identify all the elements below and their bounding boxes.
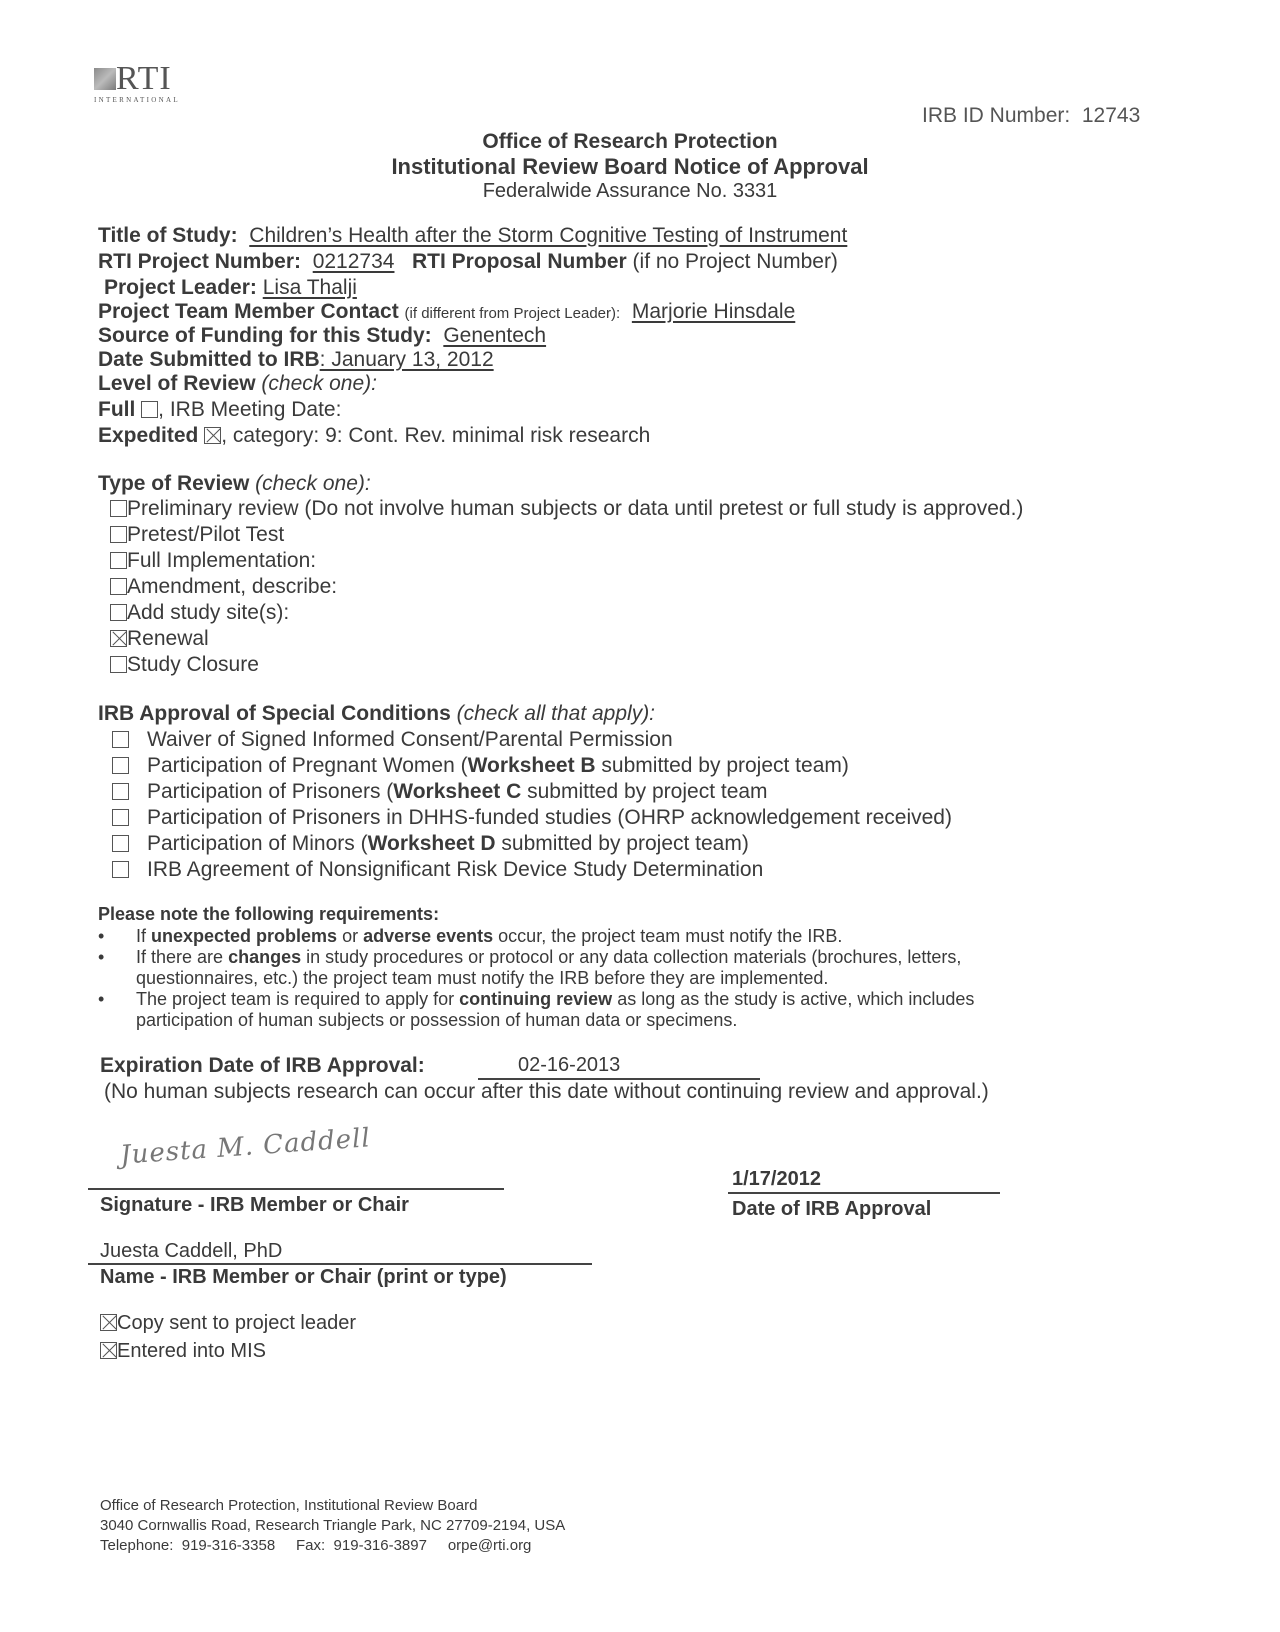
- project-leader-value: Lisa Thalji: [263, 276, 357, 299]
- review-type-checkbox[interactable]: [110, 552, 127, 569]
- rti-logo: RTI INTERNATIONAL: [94, 64, 180, 104]
- project-number-row: RTI Project Number: 0212734 RTI Proposal…: [98, 250, 838, 274]
- rti-swirl-icon: [94, 68, 116, 90]
- assurance-number: Federalwide Assurance No. 3331: [0, 180, 1260, 203]
- level-full-row: Full , IRB Meeting Date:: [98, 398, 341, 422]
- project-leader-row: Project Leader: Lisa Thalji: [104, 276, 357, 300]
- review-type-option[interactable]: Study Closure: [110, 653, 1023, 679]
- requirement-item: •If unexpected problems or adverse event…: [98, 926, 974, 947]
- review-type-option[interactable]: Full Implementation:: [110, 549, 1023, 575]
- special-condition-checkbox[interactable]: [112, 809, 129, 826]
- approval-date-label: Date of IRB Approval: [732, 1198, 931, 1221]
- chair-name-label: Name - IRB Member or Chair (print or typ…: [100, 1266, 507, 1289]
- expiration-date-value: 02-16-2013: [518, 1054, 620, 1077]
- special-condition-option[interactable]: Participation of Minors (Worksheet D sub…: [112, 832, 952, 858]
- team-contact-row: Project Team Member Contact (if differen…: [98, 300, 795, 324]
- admin-checklist: Copy sent to project leaderEntered into …: [100, 1312, 356, 1368]
- project-number-value: 0212734: [313, 250, 395, 273]
- approval-date-value: 1/17/2012: [732, 1168, 821, 1191]
- team-contact-value: Marjorie Hinsdale: [632, 300, 795, 323]
- review-type-checkbox[interactable]: [110, 656, 127, 673]
- requirement-item: •If there are changes in study procedure…: [98, 947, 974, 989]
- special-condition-checkbox[interactable]: [112, 835, 129, 852]
- date-submitted-value: : January 13, 2012: [320, 348, 494, 371]
- signature-label: Signature - IRB Member or Chair: [100, 1194, 409, 1217]
- funding-row: Source of Funding for this Study: Genent…: [98, 324, 546, 348]
- funding-value: Genentech: [443, 324, 546, 347]
- study-title-row: Title of Study: Children’s Health after …: [98, 224, 847, 248]
- bullet-icon: •: [98, 926, 104, 947]
- requirements-heading: Please note the following requirements:: [98, 904, 439, 925]
- footer-email[interactable]: orpe@rti.org: [448, 1537, 532, 1554]
- admin-check-item[interactable]: Entered into MIS: [100, 1340, 356, 1368]
- review-type-checkbox[interactable]: [110, 630, 127, 647]
- footer-address: Office of Research Protection, Instituti…: [100, 1496, 565, 1556]
- review-type-option[interactable]: Preliminary review (Do not involve human…: [110, 497, 1023, 523]
- special-condition-option[interactable]: Participation of Prisoners (Worksheet C …: [112, 780, 952, 806]
- special-condition-checkbox[interactable]: [112, 783, 129, 800]
- special-conditions-heading: IRB Approval of Special Conditions (chec…: [98, 702, 655, 726]
- footer-phone: 919-316-3358: [182, 1537, 275, 1554]
- special-condition-checkbox[interactable]: [112, 757, 129, 774]
- type-of-review-list: Preliminary review (Do not involve human…: [110, 497, 1023, 679]
- review-type-option[interactable]: Renewal: [110, 627, 1023, 653]
- review-type-option[interactable]: Pretest/Pilot Test: [110, 523, 1023, 549]
- special-condition-checkbox[interactable]: [112, 861, 129, 878]
- requirements-list: •If unexpected problems or adverse event…: [98, 926, 974, 1031]
- admin-checkbox[interactable]: [100, 1342, 117, 1359]
- review-type-checkbox[interactable]: [110, 604, 127, 621]
- full-review-checkbox[interactable]: [141, 401, 158, 418]
- signature-handwriting: Juesta M. Caddell: [119, 1123, 371, 1170]
- level-of-review-heading: Level of Review (check one):: [98, 372, 377, 396]
- special-condition-option[interactable]: Waiver of Signed Informed Consent/Parent…: [112, 728, 952, 754]
- special-condition-checkbox[interactable]: [112, 731, 129, 748]
- admin-check-item[interactable]: Copy sent to project leader: [100, 1312, 356, 1340]
- special-condition-option[interactable]: Participation of Pregnant Women (Workshe…: [112, 754, 952, 780]
- bullet-icon: •: [98, 947, 104, 968]
- expedited-review-checkbox[interactable]: [204, 427, 221, 444]
- notice-title: Institutional Review Board Notice of App…: [0, 154, 1260, 180]
- date-submitted-row: Date Submitted to IRB: January 13, 2012: [98, 348, 494, 372]
- review-type-option[interactable]: Amendment, describe:: [110, 575, 1023, 601]
- special-condition-option[interactable]: IRB Agreement of Nonsignificant Risk Dev…: [112, 858, 952, 884]
- special-conditions-list: Waiver of Signed Informed Consent/Parent…: [112, 728, 952, 884]
- study-title-value: Children’s Health after the Storm Cognit…: [249, 224, 847, 247]
- level-expedited-row: Expedited , category: 9: Cont. Rev. mini…: [98, 424, 650, 448]
- type-of-review-heading: Type of Review (check one):: [98, 472, 371, 496]
- irb-id-value: 12743: [1082, 104, 1140, 127]
- admin-checkbox[interactable]: [100, 1314, 117, 1331]
- footer-fax: 919-316-3897: [334, 1537, 427, 1554]
- office-title: Office of Research Protection: [0, 130, 1260, 154]
- expiration-row: Expiration Date of IRB Approval:: [100, 1054, 425, 1078]
- bullet-icon: •: [98, 989, 104, 1010]
- special-condition-option[interactable]: Participation of Prisoners in DHHS-funde…: [112, 806, 952, 832]
- expiration-note: (No human subjects research can occur af…: [104, 1080, 989, 1104]
- review-type-checkbox[interactable]: [110, 526, 127, 543]
- requirement-item: •The project team is required to apply f…: [98, 989, 974, 1031]
- chair-name-value: Juesta Caddell, PhD: [100, 1240, 282, 1263]
- irb-id-number: IRB ID Number: 12743: [922, 104, 1140, 128]
- review-type-checkbox[interactable]: [110, 500, 127, 517]
- review-type-checkbox[interactable]: [110, 578, 127, 595]
- review-type-option[interactable]: Add study site(s):: [110, 601, 1023, 627]
